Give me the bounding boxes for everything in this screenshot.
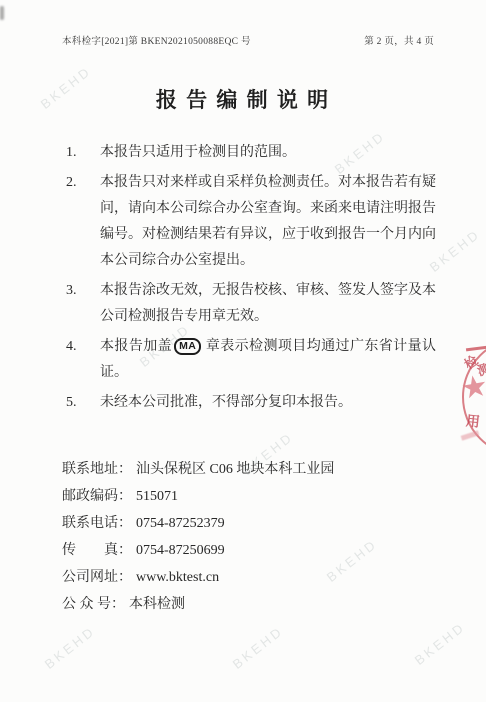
- contact-row: 联系地址： 汕头保税区 C06 地块本科工业园: [62, 456, 334, 483]
- note-text: 本报告加盖MA章表示检测项目均通过广东省计量认证。: [100, 334, 436, 386]
- contact-label: 传 真：: [62, 537, 132, 564]
- seal-char-bottom: 用: [465, 410, 481, 431]
- contact-label: 联系地址：: [62, 456, 132, 483]
- note-number: 1.: [66, 140, 100, 166]
- note-item: 1. 本报告只适用于检测目的范围。: [66, 140, 436, 166]
- watermark-text: BKEHD: [412, 619, 468, 668]
- star-icon: ★: [458, 368, 486, 407]
- contact-label: 邮政编码：: [62, 483, 132, 510]
- contact-label: 公 众 号：: [62, 591, 125, 618]
- contact-label: 联系电话：: [62, 510, 132, 537]
- note-number: 2.: [66, 170, 100, 274]
- watermark-text: BKEHD: [230, 623, 286, 672]
- contact-row: 邮政编码： 515071: [62, 483, 334, 510]
- contact-row: 公 众 号： 本科检测: [62, 591, 334, 618]
- note-item: 2. 本报告只对来样或自采样负检测责任。对本报告若有疑问，请向本公司综合办公室查…: [66, 170, 436, 274]
- contact-value: 0754-87250699: [136, 537, 225, 564]
- note-item: 5. 未经本公司批准，不得部分复印本报告。: [66, 390, 436, 416]
- contact-value: 本科检测: [129, 591, 185, 618]
- note-number: 4.: [66, 334, 100, 386]
- note-text: 本报告只对来样或自采样负检测责任。对本报告若有疑问，请向本公司综合办公室查询。来…: [100, 170, 436, 274]
- contact-value: 515071: [136, 483, 178, 510]
- contact-label: 公司网址：: [62, 564, 132, 591]
- page-title: 报 告 编 制 说 明: [0, 84, 486, 114]
- note-item: 3. 本报告涂改无效，无报告校核、审核、签发人签字及本公司检测报告专用章无效。: [66, 278, 436, 330]
- contact-row: 传 真： 0754-87250699: [62, 537, 334, 564]
- report-page: 本科检字[2021]第 BKEN2021050088EQC 号 第 2 页，共 …: [0, 0, 486, 702]
- contact-list: 联系地址： 汕头保税区 C06 地块本科工业园 邮政编码： 515071 联系电…: [62, 456, 334, 618]
- page-number-indicator: 第 2 页，共 4 页: [364, 33, 434, 47]
- note-number: 3.: [66, 278, 100, 330]
- note-item: 4. 本报告加盖MA章表示检测项目均通过广东省计量认证。: [66, 334, 436, 386]
- scan-smudge: [0, 6, 4, 20]
- document-ref-number: 本科检字[2021]第 BKEN2021050088EQC 号: [62, 33, 251, 47]
- contact-value: www.bktest.cn: [136, 564, 219, 591]
- note-text: 本报告只适用于检测目的范围。: [100, 140, 436, 166]
- contact-value: 0754-87252379: [136, 510, 225, 537]
- contact-row: 联系电话： 0754-87252379: [62, 510, 334, 537]
- contact-row: 公司网址： www.bktest.cn: [62, 564, 334, 591]
- page-header: 本科检字[2021]第 BKEN2021050088EQC 号 第 2 页，共 …: [62, 33, 434, 47]
- note-number: 5.: [66, 390, 100, 416]
- seal-small-text: [461, 430, 480, 440]
- contact-value: 汕头保税区 C06 地块本科工业园: [136, 456, 334, 483]
- note-text: 未经本公司批准，不得部分复印本报告。: [100, 390, 436, 416]
- watermark-text: BKEHD: [42, 623, 98, 672]
- note-text: 本报告涂改无效，无报告校核、审核、签发人签字及本公司检测报告专用章无效。: [100, 278, 436, 330]
- notes-list: 1. 本报告只适用于检测目的范围。 2. 本报告只对来样或自采样负检测责任。对本…: [66, 140, 436, 420]
- cma-mark-icon: MA: [174, 338, 201, 355]
